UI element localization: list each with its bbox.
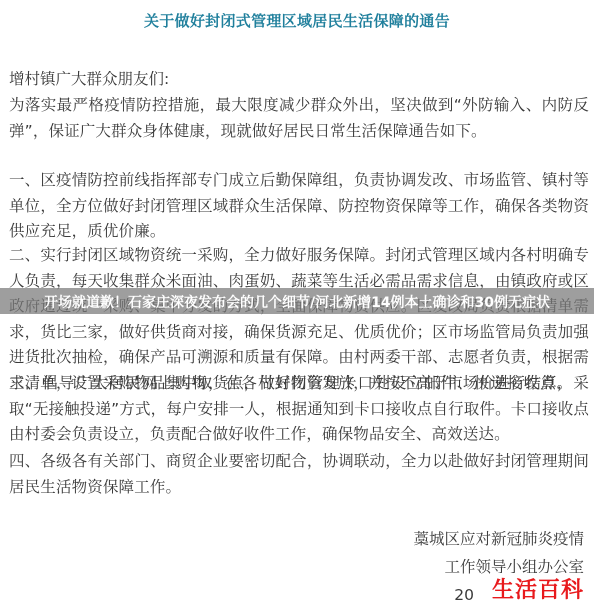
watermark-logo: 生活百科 bbox=[490, 573, 584, 604]
date-prefix: 20 bbox=[454, 581, 474, 609]
banner-caption-text: 开场就道歉！石家庄深夜发布会的几个细节/河北新增14例本土确诊和30例无症状 bbox=[0, 292, 594, 312]
greeting: 增村镇广大群众朋友们: bbox=[9, 67, 169, 89]
overlay-caption-banner: 开场就道歉！石家庄深夜发布会的几个细节/河北新增14例本土确诊和30例无症状 bbox=[0, 288, 594, 314]
signature-org-line1: 藁城区应对新冠肺炎疫情 bbox=[413, 525, 584, 553]
paragraph-item-1: 一、区疫情防控前线指挥部专门成立后勤保障组，负责协调发改、市场监管、镇村等单位，… bbox=[9, 168, 589, 245]
paragraph-intro: 为落实最严格疫情防控措施，最大限度减少群众外出，坚决做到“外防输入、内防反弹”，… bbox=[9, 93, 589, 144]
notice-document: 关于做好封闭式管理区域居民生活保障的通告 增村镇广大群众朋友们: 为落实最严格疫… bbox=[0, 0, 594, 609]
paragraph-item-4: 四、各级各有关部门、商贸企业要密切配合，协调联动，全力以赴做好封闭管理期间居民生… bbox=[9, 449, 589, 500]
paragraph-item-3: 三、倡导广大居民网上购物，在各村封闭管理卡口处设立邮件、快递接收点，采取“无接触… bbox=[9, 371, 589, 448]
document-title: 关于做好封闭式管理区域居民生活保障的通告 bbox=[0, 10, 594, 31]
